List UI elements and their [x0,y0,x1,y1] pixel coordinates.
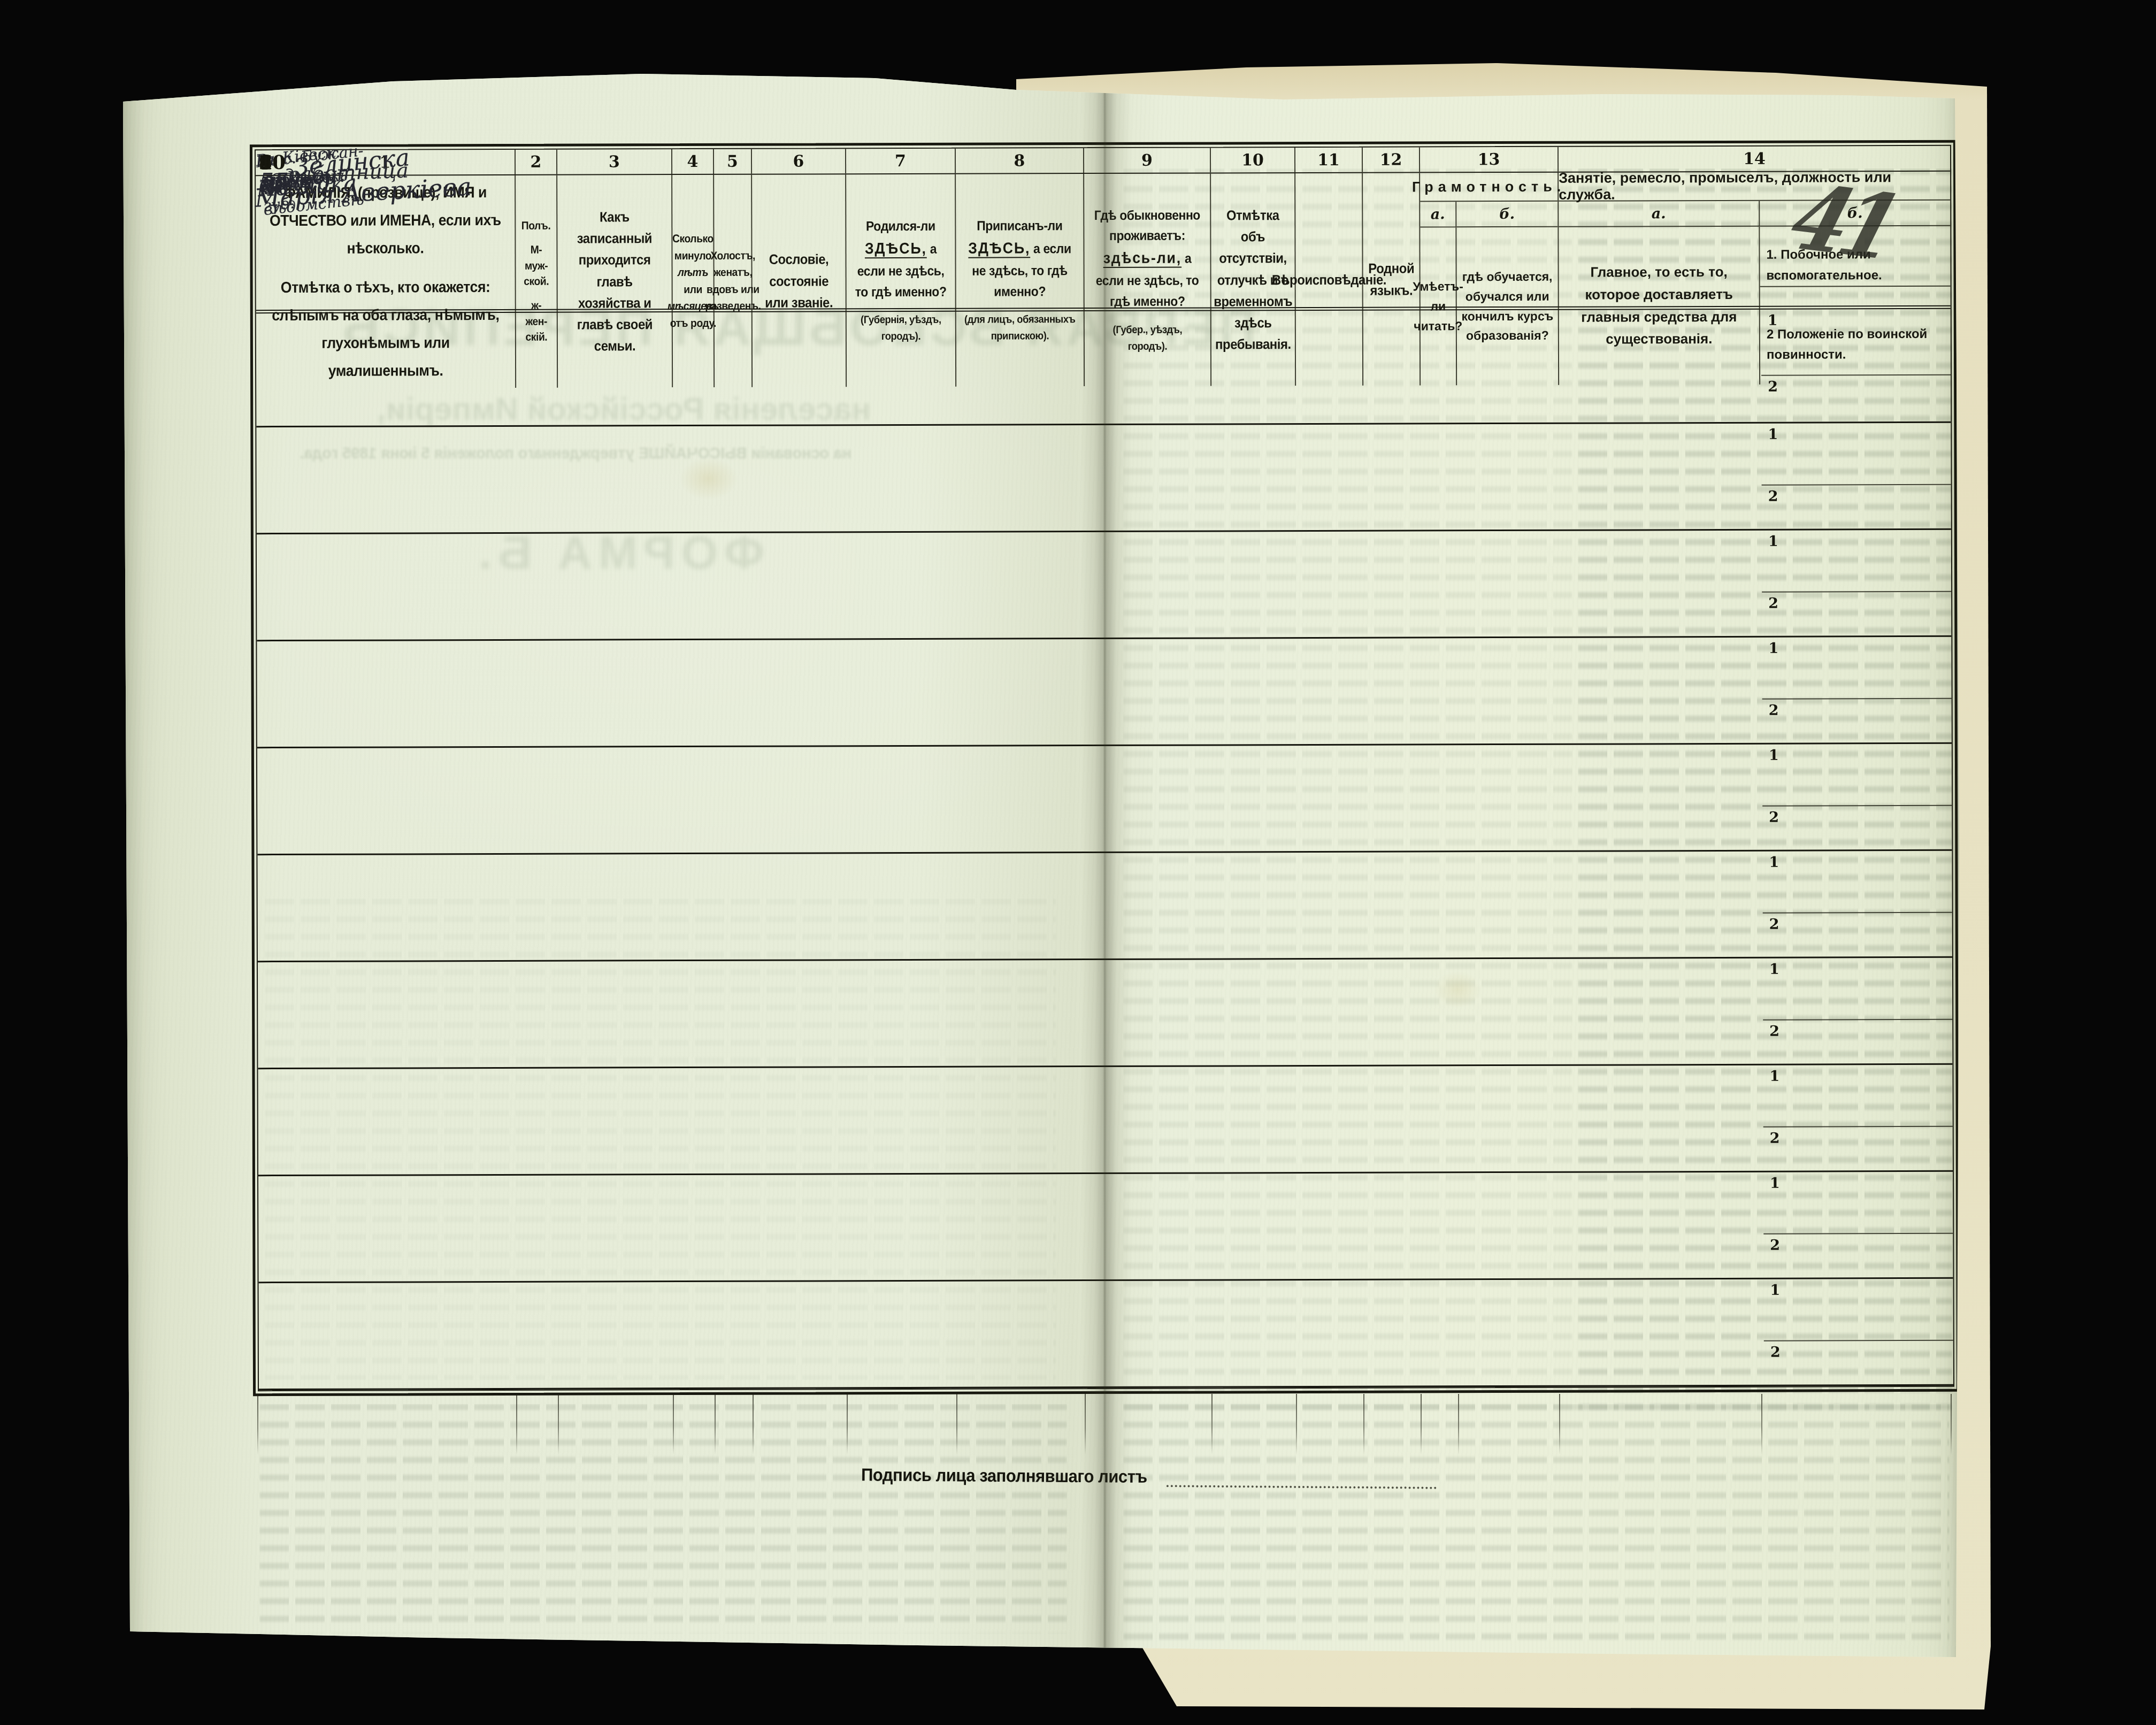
subcell-military: 2 [1764,1341,1953,1386]
subcell-military: 2 [1762,485,1951,530]
subcell-side: 1 [1761,309,1951,376]
cell-literacy-b [1458,424,1560,530]
cell-name: 8 [258,1069,518,1175]
cell-age [673,533,716,639]
cell-side-occupation: 1 2 [1763,958,1953,1064]
cell-birthplace [847,533,957,639]
cell-literacy-a [1421,638,1459,743]
cell-birthplace [848,854,958,960]
cell-registration [958,1067,1087,1173]
cell-name: 3 [257,534,517,640]
cell-estate [754,747,848,852]
cell-sex [518,1176,561,1281]
cell-estate [754,961,849,1066]
cell-language [1364,745,1422,850]
header-residence: Гдѣ обыкновенно проживаетъ: здѣсь-ли, а … [1084,173,1211,386]
cell-language [1365,959,1423,1064]
header-religion: Вѣроисповѣданіе. [1295,173,1363,386]
cell-name: 2 [256,427,517,533]
subrow-label-1: 1 [1769,854,1779,871]
cell-age [675,1175,717,1281]
cell-sex [516,427,558,532]
cell-occupation [1561,1172,1764,1278]
header-relation: Какъ записанный приходится главѣ хозяйст… [557,175,673,388]
subcell-side: 1 [1764,1279,1953,1341]
cell-occupation [1560,745,1763,850]
subrow-label-1: 1 [1769,747,1779,764]
cell-relation [558,533,674,639]
cell-marital [716,747,754,853]
col-num-3: 3 [557,149,672,174]
cell-relation [559,854,674,960]
cell-absence [1213,960,1298,1065]
header-estate: Сословіе, состояніе или званіе. [752,174,847,387]
col-num-9: 9 [1084,148,1211,173]
cell-absence [1213,746,1298,851]
cell-literacy-a [1421,531,1459,637]
cell-marital [715,533,754,639]
column-header-row: ФАМИЛІЯ, (прозвище), ИМЯ и ОТЧЕСТВО или … [256,172,1951,313]
cell-estate [753,533,848,638]
cell-birthplace [847,426,957,532]
col-num-12: 12 [1363,147,1420,172]
cell-absence [1213,1067,1298,1172]
cell-absence [1211,425,1296,530]
cell-registration [957,532,1086,638]
subrow-label-2: 2 [1768,378,1778,395]
col-num-4: 4 [672,149,714,174]
cell-side-occupation: 1 2 [1762,530,1952,636]
header-literacy-title: Грамотность. [1420,173,1557,202]
cell-literacy-b [1459,852,1561,957]
cell-literacy-b [1459,531,1560,637]
row-number: 10 [259,151,286,174]
subcell-military: 2 [1763,1234,1953,1279]
cell-side-occupation: 1 2 [1763,1172,1953,1278]
subrow-label-2: 2 [1768,595,1778,612]
cell-literacy-b [1460,1173,1562,1278]
cell-marital [716,854,754,960]
subcell-side: 1 [1762,637,1951,700]
subrow-label-2: 2 [1769,809,1779,826]
cell-occupation [1559,424,1762,530]
cell-absence [1212,532,1297,637]
cell-literacy-b [1460,959,1561,1064]
cell-absence [1214,1281,1299,1386]
cell-religion [1296,425,1364,530]
table-row: 9 1 2 [258,1172,1953,1283]
cell-marital [717,1282,756,1387]
col-num-6: 6 [752,149,846,173]
cell-language [1364,531,1422,637]
cell-religion [1296,532,1364,637]
cell-registration [956,425,1085,531]
subrow-label-2: 2 [1770,1130,1780,1147]
subcell-side: 1 [1763,1065,1952,1128]
cell-sex [519,1283,561,1388]
table-row: 10 1 2 [259,1279,1954,1390]
cell-relation [559,1068,675,1174]
header-occupation-a-label: а. [1559,201,1760,227]
subrow-label-1: 1 [1768,533,1778,550]
col-num-10: 10 [1211,148,1295,172]
cell-estate [755,1175,849,1280]
cell-occupation [1562,1279,1764,1385]
cell-religion [1298,1174,1366,1279]
cell-relation [559,747,674,853]
cell-literacy-a [1423,1173,1461,1278]
subcell-military: 2 [1761,375,1951,423]
cell-registration [959,1281,1088,1387]
cell-sex [517,641,559,746]
cell-literacy-a [1421,424,1459,530]
cell-literacy-a [1422,852,1460,957]
cell-sex [518,1069,560,1174]
header-language: Родной языкъ. [1363,173,1421,386]
cell-occupation [1560,638,1762,743]
subcell-military: 2 [1762,699,1952,744]
cell-literacy-a [1423,1280,1461,1385]
subrow-label-1: 1 [1769,1068,1779,1085]
cell-relation [558,426,673,532]
header-literacy-a-label: а. [1420,202,1456,227]
subcell-side: 1 [1761,423,1951,486]
cell-name: 5 [257,748,518,854]
cell-religion [1297,853,1365,958]
cell-absence [1213,853,1298,958]
cell-estate [754,1068,849,1173]
subrow-label-1: 1 [1769,961,1779,978]
cell-residence [1086,1067,1214,1172]
cell-literacy-b [1461,1280,1562,1385]
subcell-military: 2 [1763,913,1952,958]
subrow-label-2: 2 [1769,1023,1779,1040]
cell-relation [560,1175,676,1281]
scanned-census-sheet: ПЕРВАЯ ВСЕОБЩАЯ ПЕРЕПИСЬ населенія Россі… [0,0,2156,1725]
cell-relation [559,961,675,1067]
cell-birthplace [848,747,958,853]
cell-name: 6 [257,855,518,961]
cell-estate [753,640,848,745]
cell-age [674,747,716,853]
header-birthplace: Родился-ли ЗДѢСЬ, а если не здѣсь, то гд… [846,174,956,387]
header-literacy-b-text: гдѣ обучается, обучался или кончилъ курс… [1456,227,1558,386]
subrow-label-2: 2 [1768,488,1778,505]
cell-registration [957,746,1086,852]
subcell-military: 2 [1762,806,1952,851]
cell-side-occupation: 1 2 [1762,637,1952,743]
cell-religion [1297,746,1365,851]
cell-absence [1214,1174,1299,1279]
cell-literacy-b [1459,638,1560,743]
census-form-page: ПЕРВАЯ ВСЕОБЩАЯ ПЕРЕПИСЬ населенія Россі… [115,43,1960,1706]
cell-sex [517,748,559,853]
cell-registration [958,960,1087,1066]
cell-name: 7 [258,962,518,1068]
subcell-side: 1 [1762,851,1952,914]
subcell-military: 2 [1762,592,1951,637]
subcell-side: 1 [1762,744,1952,807]
subrow-label-2: 2 [1770,1344,1781,1361]
subcell-military: 2 [1763,1127,1953,1172]
cell-name: 10 [259,1283,519,1389]
cell-language [1363,424,1421,530]
subrow-label-1: 1 [1770,1282,1781,1299]
cell-registration [957,853,1086,959]
cell-birthplace [849,1175,959,1281]
cell-relation [558,640,674,746]
cell-birthplace [848,1068,958,1174]
cell-language [1365,1173,1423,1278]
col-num-11: 11 [1295,148,1363,172]
cell-occupation [1561,1065,1763,1171]
cell-estate [755,1282,850,1387]
col-num-13: 13 [1420,147,1559,172]
col-num-7: 7 [846,149,956,174]
cell-age [674,1068,717,1174]
subrow-label-2: 2 [1769,702,1779,719]
subrow-label-1: 1 [1768,426,1778,443]
cell-religion [1299,1281,1367,1386]
cell-literacy-a [1422,1066,1460,1171]
cell-side-occupation: 1 2 [1762,851,1952,957]
cell-registration [958,1174,1087,1280]
page-fold-crease [1104,43,1106,1706]
cell-sex [518,962,560,1067]
subcell-military: 2 [1763,1020,1952,1065]
cell-residence [1087,1281,1215,1386]
cell-side-occupation: 1 2 [1761,309,1951,422]
cell-religion [1296,639,1364,744]
subcell-side: 1 [1762,530,1951,593]
header-literacy-b-label: б. [1456,202,1557,227]
header-literacy-a-text: Умѣетъ-ли читать? [1420,227,1457,385]
cell-occupation [1560,531,1762,637]
cell-age [674,961,717,1067]
cell-name: 4 [257,641,517,747]
header-marital: Холостъ, женатъ, вдовъ или разведенъ. [714,175,753,387]
cell-side-occupation: 1 2 [1761,423,1951,529]
cell-estate [754,854,848,959]
cell-marital [716,961,755,1067]
cell-language [1364,638,1422,743]
subcell-side: 1 [1763,1172,1953,1235]
cell-estate [753,426,847,531]
cell-literacy-b [1460,1066,1561,1171]
cell-age [676,1282,718,1387]
header-literacy-group: Грамотность. а. б. Умѣетъ-ли читать? гдѣ… [1420,173,1559,386]
cell-residence [1087,1174,1214,1279]
cell-literacy-a [1422,745,1460,850]
cell-side-occupation: 1 2 [1764,1279,1954,1385]
cell-birthplace [848,961,958,1067]
cell-age [673,640,716,746]
subcell-side: 1 [1763,958,1952,1021]
cell-marital [715,426,753,532]
cell-side-occupation: 1 2 [1762,744,1952,850]
subrow-label-2: 2 [1769,916,1779,933]
cell-literacy-a [1422,959,1460,1064]
col-num-2: 2 [516,150,557,174]
col-num-5: 5 [714,149,752,174]
cell-marital [717,1175,755,1281]
cell-sex [517,534,559,639]
cell-birthplace [849,1282,960,1387]
subrow-label-1: 1 [1768,312,1778,329]
cell-registration [957,639,1086,745]
subrow-label-2: 2 [1770,1237,1780,1254]
cell-age [674,854,716,960]
header-registration: Приписанъ-ли ЗДѢСЬ, а если не здѣсь, то … [956,174,1085,387]
cell-marital [715,640,754,746]
subrow-label-1: 1 [1770,1175,1780,1192]
cell-birthplace [847,640,957,746]
cell-marital [716,1068,755,1174]
cell-occupation [1560,852,1763,957]
cell-name: 9 [258,1176,519,1282]
header-occupation-a-text: Главное, то есть то, которое доставляетъ… [1559,227,1760,385]
cell-side-occupation: 1 2 [1763,1065,1953,1171]
cell-occupation [1561,959,1763,1064]
cell-religion [1298,1067,1365,1172]
cell-literacy-b [1459,745,1561,850]
cell-age [673,426,715,532]
cell-religion [1298,960,1365,1065]
signature-line: Подпись лица заполнявшаго листъ [861,1465,1437,1489]
signature-dotted-line [1167,1469,1437,1489]
subrow-label-1: 1 [1768,640,1778,657]
cell-absence [1212,639,1297,744]
header-sex: Полъ. М-муж-ской. ж-жен-скій. [516,175,558,388]
cell-language [1366,1280,1424,1385]
cell-relation [561,1282,676,1388]
cell-language [1364,852,1422,957]
col-num-14: 14 [1559,146,1950,172]
col-num-8: 8 [956,148,1084,173]
cell-language [1365,1066,1423,1171]
cell-sex [517,855,559,960]
